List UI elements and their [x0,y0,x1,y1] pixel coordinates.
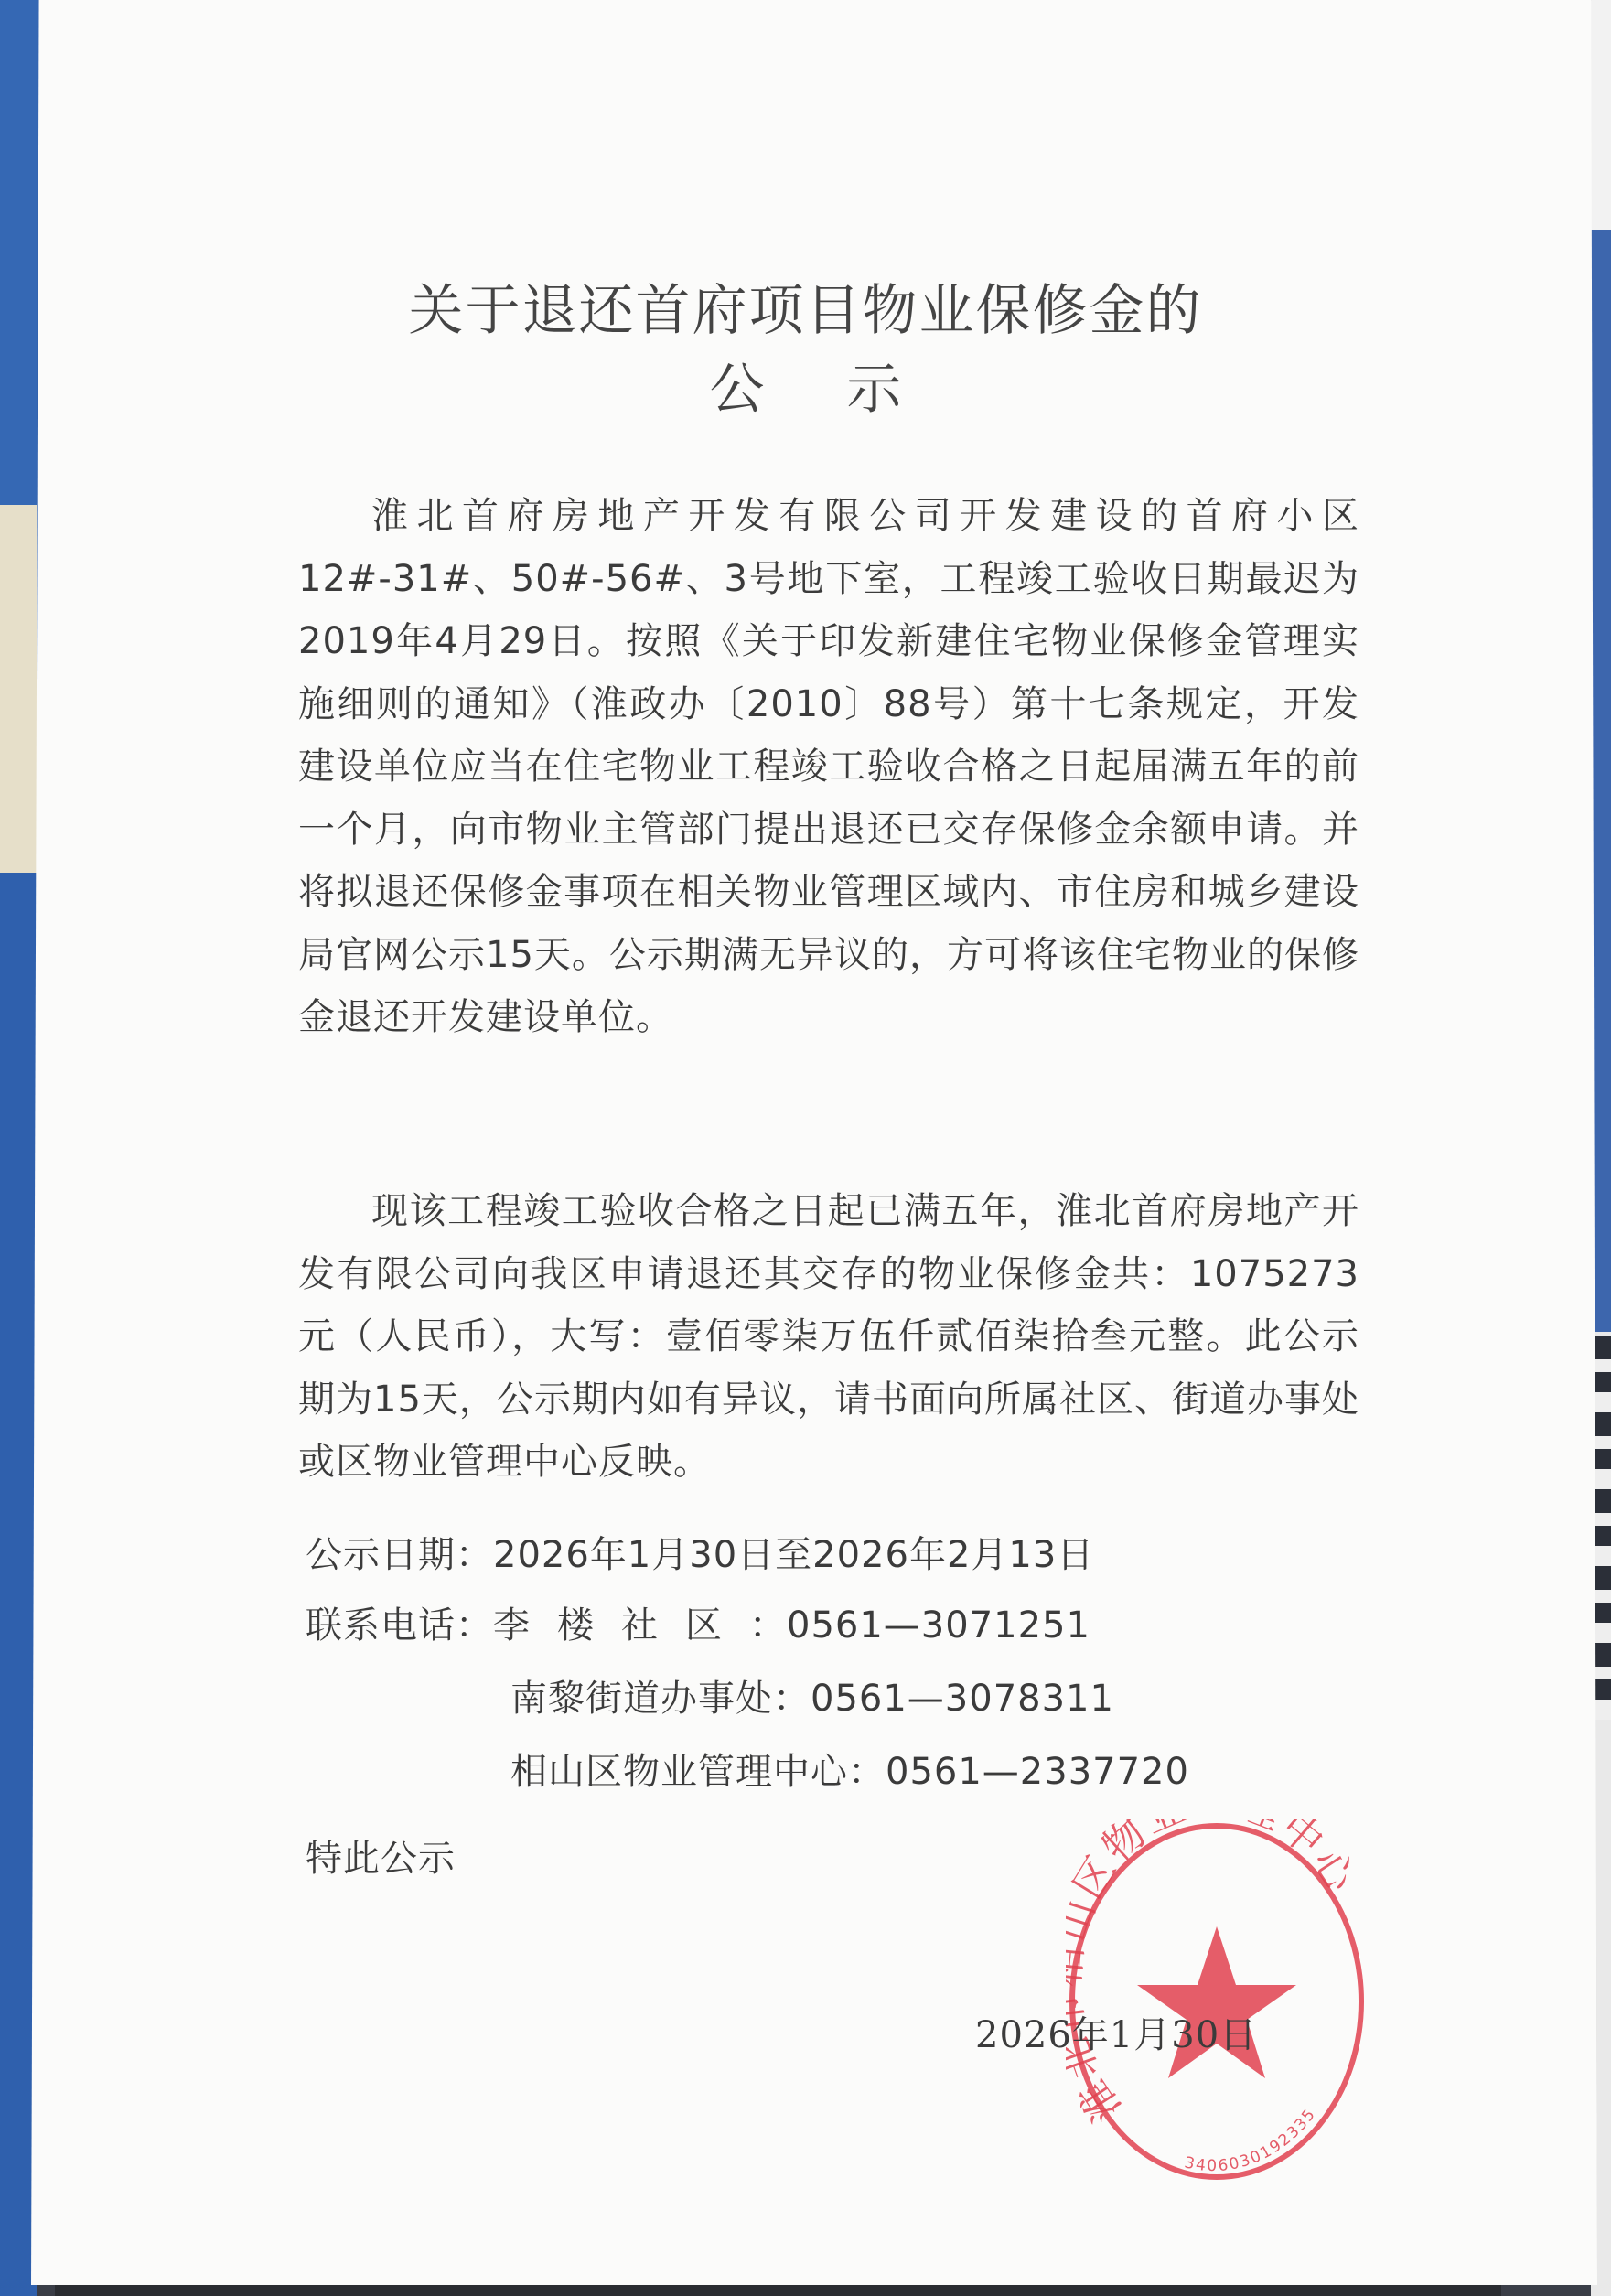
contact-separator: ： [848,1751,886,1793]
closing-statement: 特此公示 [306,1829,456,1882]
paragraph-text: 现该工程竣工验收合格之日起已满五年，淮北首府房地产开发有限公司向我区申请退还其交… [298,1180,1359,1494]
paragraph-text: 淮北首府房地产开发有限公司开发建设的首府小区12#-31#、50#-56#、3号… [298,485,1359,1049]
notice-paragraph-2: 现该工程竣工验收合格之日起已满五年，淮北首府房地产开发有限公司向我区申请退还其交… [298,1180,1359,1494]
contact-label: 联系电话： [306,1604,493,1647]
seal-code: 3406030192335 [1183,2105,1320,2175]
contact-row-management-center: 相山区物业管理中心：0561—2337720 [510,1743,1189,1795]
notice-paragraph-1: 淮北首府房地产开发有限公司开发建设的首府小区12#-31#、50#-56#、3号… [298,485,1359,1049]
official-seal: 淮北市相山区物业管理中心 3406030192335 [1066,1819,1368,2184]
svg-text:淮北市相山区物业管理中心: 淮北市相山区物业管理中心 [1066,1819,1366,2130]
contact-name: 南黎街道办事处 [510,1678,773,1720]
notice-subtitle: 公示 [0,346,1611,424]
contact-separator: ： [773,1678,811,1720]
contact-name: 李楼社区 [493,1604,749,1647]
contact-phone: 0561—3078311 [811,1678,1114,1720]
contact-name: 相山区物业管理中心 [510,1751,848,1793]
seal-text: 淮北市相山区物业管理中心 [1066,1819,1366,2130]
signature-date: 2026年1月30日 [975,2006,1257,2058]
publication-period-value: 2026年1月30日至2026年2月13日 [493,1534,1094,1576]
contact-row-subdistrict: 南黎街道办事处：0561—3078311 [510,1669,1114,1722]
svg-text:3406030192335: 3406030192335 [1183,2105,1320,2175]
publication-period-label: 公示日期： [306,1534,493,1576]
contact-phone: 0561—3071251 [787,1604,1090,1647]
contact-separator: ： [749,1604,787,1647]
notice-title: 关于退还首府项目物业保修金的 [0,267,1611,346]
publication-period: 公示日期：2026年1月30日至2026年2月13日 [306,1526,1094,1578]
contact-row-community: 联系电话：李楼社区：0561—3071251 [306,1596,1090,1648]
public-notice-document: 关于退还首府项目物业保修金的 公示 淮北首府房地产开发有限公司开发建设的首府小区… [0,0,1611,2296]
contact-phone: 0561—2337720 [886,1751,1189,1793]
